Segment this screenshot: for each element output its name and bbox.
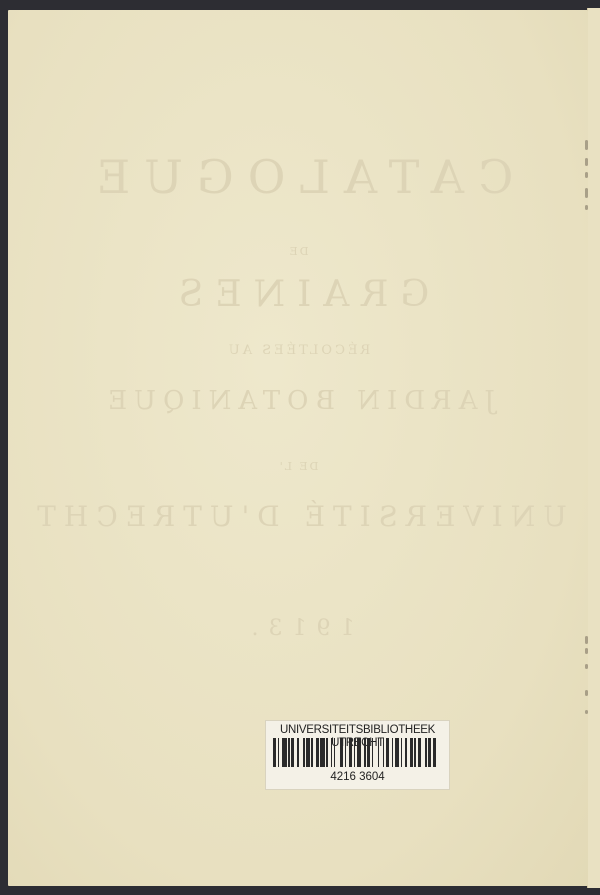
fold-mark	[585, 690, 588, 696]
bleed-institution: UNIVERSITÉ D'UTRECHT	[8, 500, 588, 533]
fold-mark	[585, 664, 588, 669]
bleed-de: DE	[8, 245, 588, 258]
bleed-de-l: DE L'	[8, 460, 588, 473]
barcode-number: 4216 3604	[266, 771, 449, 784]
fold-mark	[585, 140, 588, 150]
bleed-subject: GRAINES	[8, 274, 588, 315]
fold-mark	[585, 188, 588, 198]
fold-mark	[585, 648, 588, 654]
bleed-recoltees: RÉCOLTÉES AU	[8, 343, 588, 358]
library-barcode-label: UNIVERSITEITSBIBLIOTHEEK UTRECHT 4216 36…	[265, 720, 450, 790]
fold-mark	[585, 158, 588, 166]
barcode-space	[436, 738, 438, 767]
fold-mark	[585, 172, 588, 178]
fold-mark	[585, 636, 588, 644]
bleed-year: 1913.	[8, 616, 588, 641]
bleed-garden: JARDIN BOTANIQUE	[8, 386, 588, 416]
binding-fold-marks	[585, 0, 589, 895]
bleed-title: CATALOGUE	[8, 150, 588, 204]
barcode	[273, 738, 438, 767]
fold-mark	[585, 205, 588, 210]
fold-mark	[585, 710, 588, 714]
scan-canvas: CATALOGUE DE GRAINES RÉCOLTÉES AU JARDIN…	[0, 0, 600, 895]
